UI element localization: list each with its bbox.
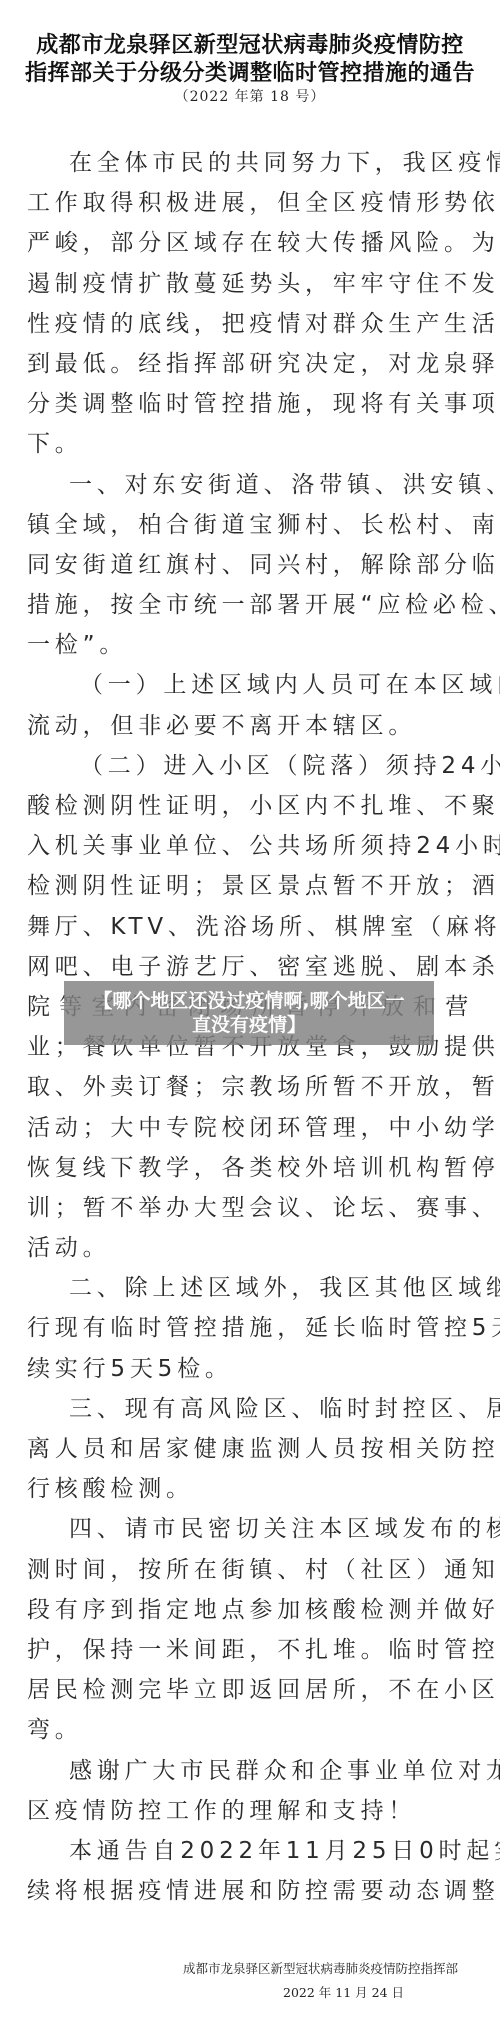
body-text-line: 三、现有高风险区、临时封控区、居家隔 [27, 1389, 473, 1429]
body-text-line: 区疫情防控工作的理解和支持！ [27, 1791, 473, 1831]
body-text-line: 性疫情的底线，把疫情对群众生产生活影响降 [27, 304, 473, 344]
body-text-line: 一检”。 [27, 625, 473, 665]
body-text-line: 活动；大中专院校闭环管理，中小幼学校暂不 [27, 1108, 473, 1148]
body-text-line: 下。 [27, 424, 473, 464]
body-text-line: 感谢广大市民群众和企事业单位对龙泉驿 [27, 1751, 473, 1791]
body-text-line: 工作取得积极进展，但全区疫情形势依然复杂 [27, 183, 473, 223]
body-text-line: 段有序到指定地点参加核酸检测并做好个人防 [27, 1590, 473, 1630]
body-text-line: （一）上述区域内人员可在本区域内有序 [27, 665, 473, 705]
body-text-line: 同安街道红旗村、同兴村，解除部分临时管控 [27, 545, 473, 585]
body-text-line: 严峻，部分区域存在较大传播风险。为了尽快 [27, 223, 473, 263]
body-text-line: 本通告自2022年11月25日0时起实施，后 [27, 1831, 473, 1871]
body-text-line: 酸检测阴性证明，小区内不扎堆、不聚集；进 [27, 786, 473, 826]
body-text-line: 弯。 [27, 1710, 473, 1750]
document-title-line-2: 指挥部关于分级分类调整临时管控措施的通告 [0, 58, 500, 88]
body-text-line: 恢复线下教学，各类校外培训机构暂停校外培 [27, 1148, 473, 1188]
document-title-line-1: 成都市龙泉驿区新型冠状病毒肺炎疫情防控 [0, 30, 500, 60]
document-number: （2022 年第 18 号） [0, 86, 500, 106]
caption-overlay-banner: 【哪个地区还没过疫情啊,哪个地区一直没有疫情】 [64, 981, 434, 1045]
body-text-line: 入机关事业单位、公共场所须持24小时内核酸 [27, 826, 473, 866]
body-text-line: （二）进入小区（院落）须持24小时内核 [27, 746, 473, 786]
body-text-line: 活动。 [27, 1228, 473, 1268]
caption-overlay-text: 【哪个地区还没过疫情啊,哪个地区一直没有疫情】 [84, 989, 414, 1037]
body-text-line: 一、对东安街道、洛带镇、洪安镇、山泉 [27, 465, 473, 505]
body-text-line: 到最低。经指挥部研究决定，对龙泉驿区分级 [27, 344, 473, 384]
body-text-line: 行现有临时管控措施，延长临时管控5天，继 [27, 1308, 473, 1348]
body-text-line: 分类调整临时管控措施，现将有关事项通告如 [27, 384, 473, 424]
body-text-line: 四、请市民密切关注本区域发布的核酸检 [27, 1509, 473, 1549]
body-text-line: 离人员和居家健康监测人员按相关防控规定进 [27, 1429, 473, 1469]
body-text-line: 措施，按全市统一部署开展“应检必检、每日 [27, 585, 473, 625]
body-text-line: 护，保持一米间距，不扎堆。临时管控区域内 [27, 1630, 473, 1670]
body-text-line: 镇全域，柏合街道宝狮村、长松村、南山村， [27, 505, 473, 545]
body-text-line: 训；暂不举办大型会议、论坛、赛事、演出等 [27, 1188, 473, 1228]
body-text-line: 行核酸检测。 [27, 1469, 473, 1509]
body-text-line: 续将根据疫情进展和防控需要动态调整。 [27, 1871, 473, 1911]
body-text-line: 测时间，按所在街镇、村（社区）通知，分时 [27, 1550, 473, 1590]
signature-organization: 成都市龙泉驿区新型冠状病毒肺炎疫情防控指挥部 [0, 1959, 458, 1977]
body-text-line: 二、除上述区域外，我区其他区域继续执 [27, 1268, 473, 1308]
body-text-line: 舞厅、KTV、洗浴场所、棋牌室（麻将馆）、 [27, 907, 473, 947]
signature-date: 2022 年 11 月 24 日 [0, 1983, 404, 2001]
body-text-line: 取、外卖订餐；宗教场所暂不开放，暂停宗教 [27, 1067, 473, 1107]
body-text-line: 检测阴性证明；景区景点暂不开放；酒吧、歌 [27, 866, 473, 906]
body-text-line: 续实行5天5检。 [27, 1349, 473, 1389]
body-text-line: 在全体市民的共同努力下，我区疫情防控 [27, 143, 473, 183]
notice-document: 成都市龙泉驿区新型冠状病毒肺炎疫情防控 指挥部关于分级分类调整临时管控措施的通告… [0, 0, 500, 2028]
body-text-line: 遏制疫情扩散蔓延势头，牢牢守住不发生规模 [27, 264, 473, 304]
body-text-line: 流动，但非必要不离开本辖区。 [27, 706, 473, 746]
body-text-line: 居民检测完毕立即返回居所，不在小区内遛 [27, 1670, 473, 1710]
